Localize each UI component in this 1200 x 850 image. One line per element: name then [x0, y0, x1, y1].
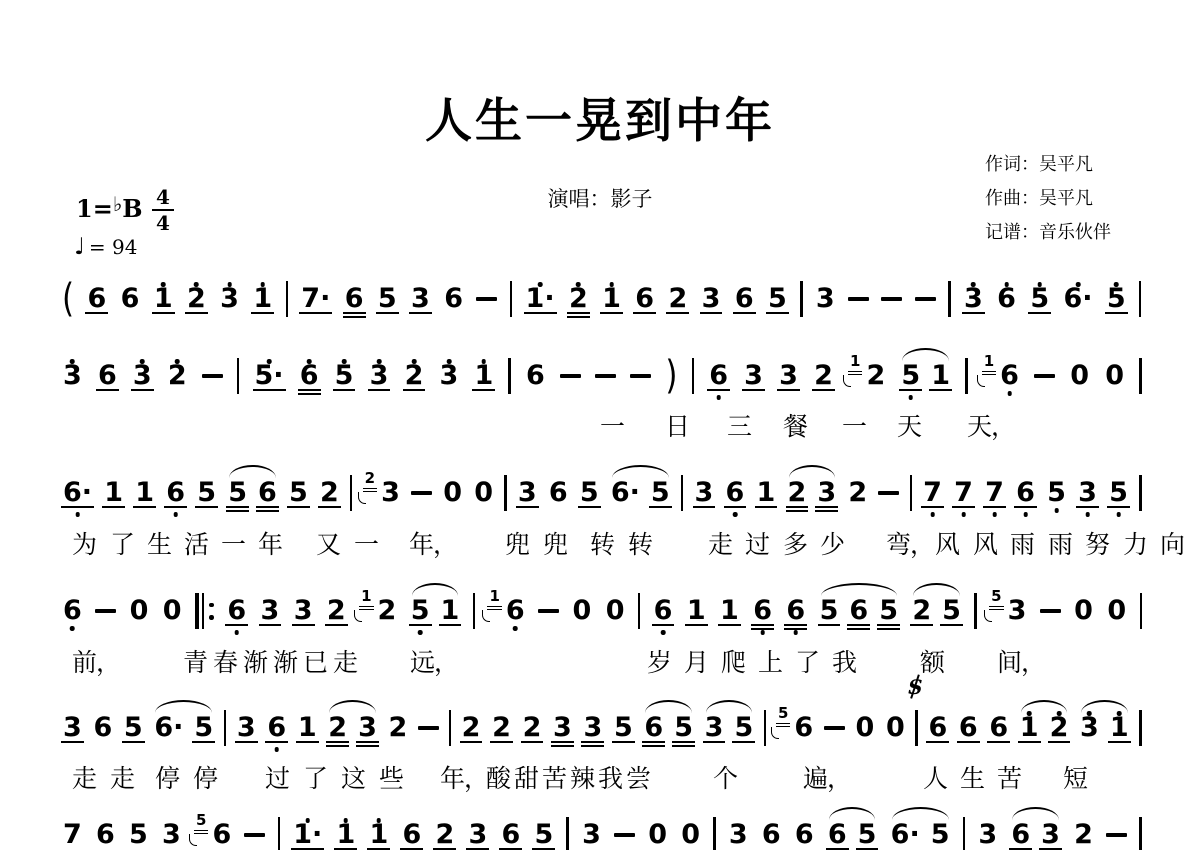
underline-beam: [777, 389, 800, 391]
lyric-char: 走: [333, 648, 358, 678]
note: 56: [194, 815, 232, 850]
note-core: 1: [134, 473, 155, 513]
underline-beam: [122, 741, 145, 743]
note-core: 6: [97, 356, 118, 396]
barline: [508, 356, 510, 396]
note: 5: [613, 708, 634, 748]
note-core: 6: [793, 708, 814, 748]
note-digit: 5: [534, 819, 553, 850]
barline: [350, 473, 352, 513]
note: 2: [568, 279, 589, 319]
note-digit: 6: [753, 595, 772, 626]
barline-rule: [1139, 817, 1141, 850]
score-line-6: 7653561·1162365300366656·53632: [62, 815, 1142, 850]
lyric-char: 我: [598, 764, 623, 794]
note: 5: [819, 591, 840, 631]
octave-dot-high: [447, 359, 452, 364]
underline-beam: [642, 741, 665, 743]
note: 3: [1079, 708, 1100, 748]
note-digit: 5: [197, 477, 216, 508]
underline-beam: [326, 745, 349, 747]
underline-beam: [325, 624, 348, 626]
lyric-char: 向: [1160, 530, 1185, 560]
note: 6: [643, 708, 664, 748]
note-digit: 6: [212, 819, 231, 850]
note-digit: 1: [720, 595, 739, 626]
lyric-char: 兜: [543, 530, 568, 560]
note: 5: [733, 708, 754, 748]
note-core: 6: [443, 279, 464, 319]
note-core: 5: [878, 591, 899, 631]
note: 3: [815, 279, 836, 319]
note-core: 6: [62, 591, 83, 631]
note-digit: 5: [1047, 477, 1066, 508]
note-digit: 3: [816, 283, 835, 314]
note: 6: [62, 591, 83, 631]
rest-note: 0: [854, 708, 875, 748]
note-digit: 1: [474, 360, 493, 391]
note-core: 0: [854, 708, 875, 748]
note-core: 3: [410, 279, 431, 319]
note-digit: 5: [674, 712, 693, 743]
note: 3: [293, 591, 314, 631]
note-core: 2: [568, 279, 589, 319]
barline: [1139, 708, 1141, 748]
note-digit: 1: [757, 477, 776, 508]
note: 5: [767, 279, 788, 319]
note: 6: [401, 815, 422, 850]
note-digit: 7: [985, 477, 1004, 508]
lyric-char: 年: [440, 764, 465, 794]
note: 3: [1077, 473, 1098, 513]
lyric-char: 过: [265, 764, 290, 794]
note-core: 2: [377, 591, 398, 631]
note-core: 0: [1104, 356, 1125, 396]
barline-rule: [910, 475, 912, 511]
octave-dot-high: [305, 818, 310, 823]
grace-beam: [194, 830, 208, 831]
rest-note: 0: [885, 708, 906, 748]
slur-group: 65: [827, 815, 878, 850]
lyric-char: 上: [758, 648, 783, 678]
lyric-char: 已: [303, 648, 328, 678]
lyric-char: 酸: [486, 764, 511, 794]
open-paren: (: [62, 274, 74, 324]
lyric-char: ，: [910, 530, 935, 560]
note: 5: [1106, 279, 1127, 319]
note: 5: [123, 708, 144, 748]
note-core: 0: [1069, 356, 1090, 396]
note-digit: 6: [98, 360, 117, 391]
note-digit: 5: [124, 712, 143, 743]
note: 7: [62, 815, 83, 850]
lyric-char: 尝: [626, 764, 651, 794]
lyric-char: 过: [745, 530, 770, 560]
note-core: 1: [335, 815, 356, 850]
underline-beam: [1105, 312, 1128, 314]
note: 3: [517, 473, 538, 513]
note-digit: 6: [1000, 360, 1019, 391]
grace-note: 2: [363, 471, 377, 492]
note-core: 1: [930, 356, 951, 396]
rest-note: 0: [473, 473, 494, 513]
note-core: 3: [467, 815, 488, 850]
note-core: 6: [86, 279, 107, 319]
note-digit: 3: [411, 283, 430, 314]
underline-beam: [225, 624, 248, 626]
note-core: 3: [380, 473, 401, 513]
rest-note: 0: [680, 815, 701, 850]
underline-beam: [612, 741, 635, 743]
note: 6·: [1063, 279, 1094, 319]
grace-beam: [848, 374, 862, 375]
note-core: 0: [473, 473, 494, 513]
note: 5: [930, 815, 951, 850]
note-core: 3: [581, 815, 602, 850]
duration-dash: [202, 374, 223, 377]
note-core: 0: [605, 591, 626, 631]
grace-note: 1: [487, 589, 501, 610]
underline-beam: [962, 312, 985, 314]
note-core: 6: [344, 279, 365, 319]
duration-dash: [244, 833, 265, 836]
note: 3: [581, 815, 602, 850]
note-core: 6: [827, 815, 848, 850]
note-digit: 1·: [526, 283, 555, 314]
key-prefix: 1=: [76, 194, 113, 223]
underline-beam: [265, 741, 288, 743]
underline-beam: [600, 312, 623, 314]
note-digit: 6: [959, 712, 978, 743]
note: 6: [86, 279, 107, 319]
lyric-char: 前: [72, 648, 97, 678]
lyric-char: 甜: [514, 764, 539, 794]
duration-dash: [95, 609, 116, 612]
note-core: 6: [785, 591, 806, 631]
note: 3: [1040, 815, 1061, 850]
note-digit: 3: [1080, 712, 1099, 743]
grace-digit: 1: [982, 354, 996, 369]
barline: [286, 279, 288, 319]
octave-dot-low: [909, 395, 914, 400]
octave-dot-high: [482, 359, 487, 364]
note-digit: 5: [1107, 283, 1126, 314]
duration-dash: [1034, 374, 1055, 377]
note-digit: 1: [104, 477, 123, 508]
barline-rule: [1139, 358, 1141, 394]
octave-dot-low: [274, 747, 279, 752]
underline-beam: [256, 510, 279, 512]
octave-dot-high: [194, 282, 199, 287]
note-core: 7: [922, 473, 943, 513]
underline-beam: [551, 745, 574, 747]
note-digit: 6·: [63, 477, 92, 508]
note: 6: [1015, 473, 1036, 513]
underline-beam: [755, 506, 778, 508]
note-core: 6: [752, 591, 773, 631]
underline-beam: [96, 389, 119, 391]
octave-dot-high: [175, 359, 180, 364]
note-digit: 7: [63, 819, 82, 850]
note-core: 3: [728, 815, 749, 850]
underline-beam: [815, 506, 838, 508]
note: 3: [357, 708, 378, 748]
note: 1: [1109, 708, 1130, 748]
note-core: 5: [334, 356, 355, 396]
note-core: 3: [369, 356, 390, 396]
underline-beam: [929, 389, 952, 391]
underline-beam: [292, 624, 315, 626]
note-digit: 6: [644, 712, 663, 743]
underline-beam: [766, 312, 789, 314]
composer-credit: 作曲：吴平凡: [985, 182, 1111, 216]
note: 1: [756, 473, 777, 513]
note-digit: 6: [795, 819, 814, 850]
note-digit: 6·: [1064, 283, 1093, 314]
note-digit: 6: [506, 595, 525, 626]
note: 3: [260, 591, 281, 631]
repeat-start-barline: [195, 593, 214, 629]
octave-dot-high: [1087, 711, 1092, 716]
octave-dot-low: [760, 630, 765, 635]
note-digit: 6: [828, 819, 847, 850]
barline: [800, 279, 802, 319]
note-digit: 5: [289, 477, 308, 508]
grace-beam: [848, 371, 862, 372]
note-core: 0: [680, 815, 701, 850]
note-digit: 1: [602, 283, 621, 314]
underline-beam: [786, 510, 809, 512]
note: 3: [62, 356, 83, 396]
octave-dot-low: [75, 512, 80, 517]
note-core: 1: [756, 473, 777, 513]
slur-group: 56: [227, 473, 278, 513]
grace-digit: 2: [363, 471, 377, 486]
lyric-char: 些: [379, 764, 404, 794]
grace-note: 5: [194, 813, 208, 834]
repeat-dot: [209, 603, 214, 608]
note-core: 1: [440, 591, 461, 631]
score-line-4: 60063321251160061166565255300: [62, 591, 1142, 631]
note-digit: 3: [702, 283, 721, 314]
note: 5·: [254, 356, 285, 396]
lyric-char: 餐: [783, 412, 808, 442]
note: 2: [787, 473, 808, 513]
note-core: 3: [1077, 473, 1098, 513]
barline: [963, 815, 965, 850]
note: 5: [878, 591, 899, 631]
slur-group: 63: [1010, 815, 1061, 850]
barline-rule: [638, 593, 640, 629]
note: 12: [359, 591, 397, 631]
note: 5: [650, 473, 671, 513]
lyric-char: 了: [303, 764, 328, 794]
note-core: 7: [984, 473, 1005, 513]
lyric-char: ，: [434, 648, 459, 678]
note-core: 6: [500, 815, 521, 850]
underline-beam: [724, 506, 747, 508]
duration-dash: [538, 609, 559, 612]
note: 6: [794, 815, 815, 850]
underline-beam: [877, 624, 900, 626]
octave-dot-high: [161, 282, 166, 287]
underline-beam: [298, 393, 321, 395]
note: 3: [410, 279, 431, 319]
note-digit: 3: [358, 712, 377, 743]
note-digit: 3: [294, 595, 313, 626]
octave-dot-high: [412, 359, 417, 364]
lyric-char: 多: [783, 530, 808, 560]
note-core: 1·: [292, 815, 323, 850]
note-digit: 3: [695, 477, 714, 508]
note-digit: 0: [130, 595, 149, 626]
lyric-char: 岁: [647, 648, 672, 678]
note-core: 5: [227, 473, 248, 513]
barline-rule: [510, 281, 512, 317]
barline: [974, 591, 976, 631]
note-core: 1: [473, 356, 494, 396]
key-signature: 1=♭B: [76, 192, 143, 223]
note-digit: 3: [817, 477, 836, 508]
underline-beam: [910, 624, 933, 626]
barline: [224, 708, 226, 748]
note-core: 0: [572, 591, 593, 631]
lyric-char: 苦: [542, 764, 567, 794]
thick-bar: [195, 593, 200, 629]
note: 7·: [300, 279, 331, 319]
barline-rule: [566, 817, 568, 850]
note: 2: [434, 815, 455, 850]
barline-rule: [800, 281, 802, 317]
lyric-char: ，: [433, 530, 458, 560]
barline: [1140, 591, 1142, 631]
rest-note: 0: [1069, 356, 1090, 396]
note-digit: 5: [129, 819, 148, 850]
octave-dot-low: [992, 512, 997, 517]
note-core: 5: [857, 815, 878, 850]
note-core: 3: [704, 708, 725, 748]
note: 3: [728, 815, 749, 850]
underline-beam: [652, 624, 675, 626]
underline-beam: [983, 506, 1006, 508]
note: 2: [326, 591, 347, 631]
note-digit: 3: [779, 360, 798, 391]
octave-dot-low: [1023, 512, 1028, 517]
lyric-char: 一: [600, 412, 625, 442]
underline-beam: [439, 624, 462, 626]
note-core: 3: [161, 815, 182, 850]
note-core: 1: [103, 473, 124, 513]
underline-beam: [1108, 741, 1131, 743]
octave-dot-low: [173, 512, 178, 517]
note-core: 1: [153, 279, 174, 319]
barline: S: [915, 708, 917, 748]
note-core: 6: [996, 279, 1017, 319]
underline-beam: [343, 316, 366, 318]
credits-block: 作词：吴平凡 作曲：吴平凡 记谱：音乐伙伴: [985, 148, 1111, 250]
slur-group: 565: [819, 591, 899, 631]
lyric-char: 雨: [1010, 530, 1035, 560]
note-digit: 3: [583, 712, 602, 743]
note: 6: [988, 708, 1009, 748]
note: 2: [327, 708, 348, 748]
note-digit: 3: [518, 477, 537, 508]
flat-icon: ♭: [113, 192, 122, 216]
note-core: 0: [647, 815, 668, 850]
note-core: 5: [1106, 279, 1127, 319]
note: 3: [743, 356, 764, 396]
grace-beam: [487, 606, 501, 607]
underline-beam: [521, 741, 544, 743]
note-core: 0: [129, 591, 150, 631]
note-digit: 2: [435, 819, 454, 850]
underline-beam: [1014, 506, 1037, 508]
lyric-char: 活: [184, 530, 209, 560]
note-digit: 1·: [293, 819, 322, 850]
note: 2: [667, 279, 688, 319]
underline-beam: [368, 389, 391, 391]
note-core: 3: [743, 356, 764, 396]
slur-group: 6·5: [610, 473, 671, 513]
note-digit: 0: [1107, 595, 1126, 626]
note-core: 5: [377, 279, 398, 319]
note: 1: [368, 815, 389, 850]
grace-note: 1: [848, 354, 862, 375]
note: 3: [439, 356, 460, 396]
underline-beam: [921, 506, 944, 508]
note: 7: [953, 473, 974, 513]
note-core: 6·: [62, 473, 93, 513]
barline: [237, 356, 239, 396]
note-core: 3: [977, 815, 998, 850]
note: 3: [219, 279, 240, 319]
underline-beam: [567, 316, 590, 318]
octave-dot-low: [418, 630, 423, 635]
underline-beam: [318, 506, 341, 508]
repeat-dots: [209, 603, 214, 620]
note-core: 3: [694, 473, 715, 513]
note-digit: 1: [687, 595, 706, 626]
grace-note: 1: [982, 354, 996, 375]
note-digit: 2: [668, 283, 687, 314]
lyric-char: 渐: [273, 648, 298, 678]
note: 3: [132, 356, 153, 396]
note-core: 2: [186, 279, 207, 319]
lyric-char: 为: [72, 530, 97, 560]
lyric-char: 苦: [997, 764, 1022, 794]
note-core: 5: [579, 473, 600, 513]
slur-group: 25: [911, 591, 962, 631]
barline-rule: [948, 281, 950, 317]
octave-dot-high: [140, 359, 145, 364]
lyric-char: ，: [1021, 648, 1046, 678]
underline-beam: [1048, 741, 1071, 743]
note-core: 1: [686, 591, 707, 631]
lyric-char: 转: [590, 530, 615, 560]
underline-beam: [642, 745, 665, 747]
note-core: 3: [815, 279, 836, 319]
note-core: 5: [930, 815, 951, 850]
underline-beam: [1076, 506, 1099, 508]
grace-digit: 1: [848, 354, 862, 369]
key-tonic: B: [122, 194, 142, 223]
note-digit: 3: [744, 360, 763, 391]
note-core: 6: [548, 473, 569, 513]
note-digit: 6: [849, 595, 868, 626]
note-core: 3: [1007, 591, 1028, 631]
grace-beam: [776, 723, 790, 724]
note-core: 3: [357, 708, 378, 748]
